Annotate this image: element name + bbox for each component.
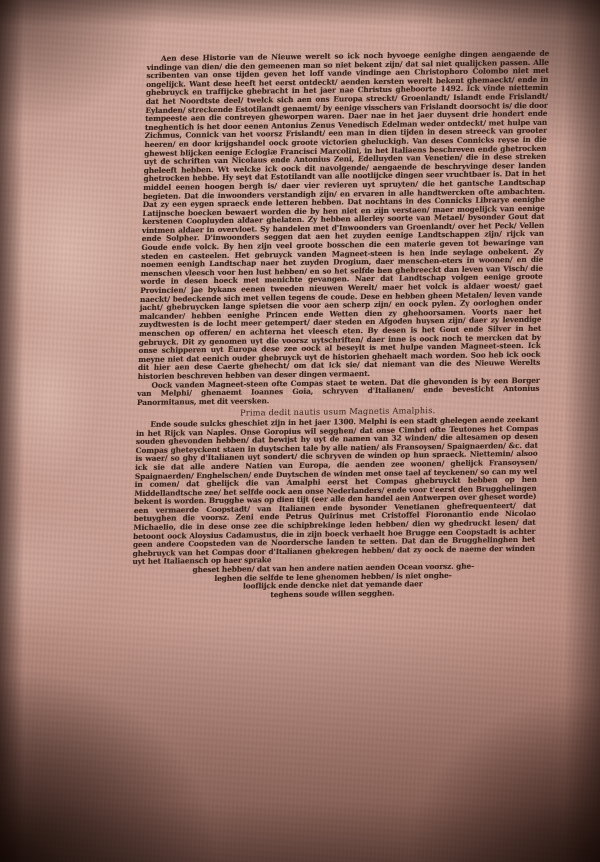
- photo-vignette: [0, 0, 600, 862]
- book-page-photo: Aen dese Historie van de Nieuwe werelt s…: [0, 0, 600, 862]
